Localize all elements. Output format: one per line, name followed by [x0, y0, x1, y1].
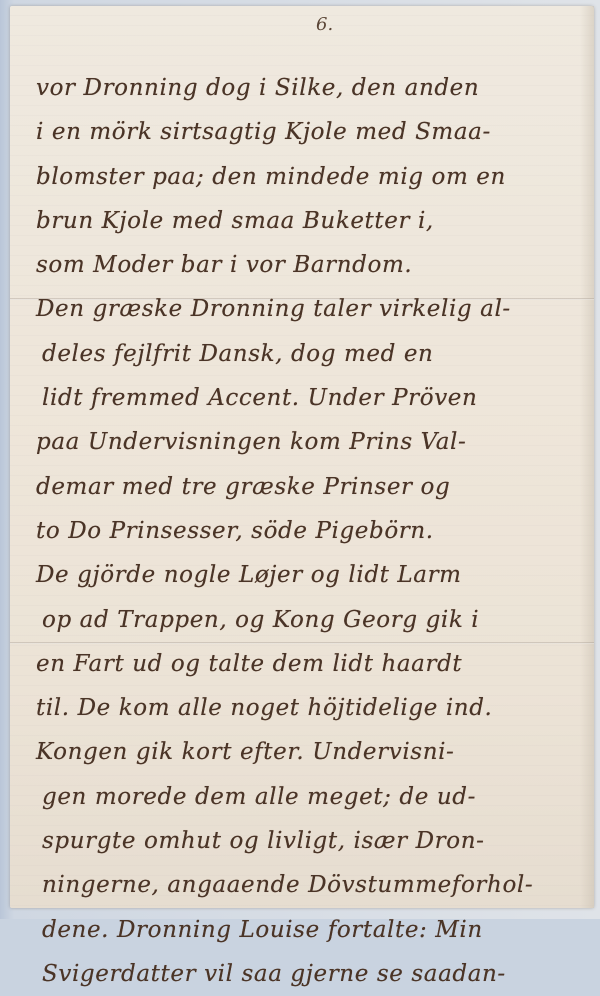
text-line: De gjörde nogle Løjer og lidt Larm: [36, 553, 596, 597]
text-line: i en mörk sirtsagtig Kjole med Smaa-: [36, 110, 596, 154]
handwritten-text: vor Dronning dog i Silke, den anden i en…: [36, 66, 596, 919]
text-line: paa Undervisningen kom Prins Val-: [36, 420, 596, 464]
text-line: deles fejlfrit Dansk, dog med en: [36, 332, 596, 376]
text-line: ningerne, angaaende Dövstummeforhol-: [36, 863, 596, 907]
text-line: brun Kjole med smaa Buketter i,: [36, 199, 596, 243]
page-number: 6.: [316, 14, 333, 35]
text-line: lidt fremmed Accent. Under Pröven: [36, 376, 596, 420]
text-line: til. De kom alle noget höjtidelige ind.: [36, 686, 596, 730]
text-line: spurgte omhut og livligt, især Dron-: [36, 819, 596, 863]
text-line: op ad Trappen, og Kong Georg gik i: [36, 598, 596, 642]
text-line: to Do Prinsesser, söde Pigebörn.: [36, 509, 596, 553]
text-line: som Moder bar i vor Barndom.: [36, 243, 596, 287]
text-line: Den græske Dronning taler virkelig al-: [36, 287, 596, 331]
text-line: vor Dronning dog i Silke, den anden: [36, 66, 596, 110]
text-line: en Fart ud og talte dem lidt haardt: [36, 642, 596, 686]
text-line: demar med tre græske Prinser og: [36, 465, 596, 509]
text-line: blomster paa; den mindede mig om en: [36, 155, 596, 199]
text-line: dene. Dronning Louise fortalte: Min: [36, 908, 596, 919]
manuscript-page: 6. vor Dronning dog i Silke, den anden i…: [10, 6, 594, 908]
text-line: Kongen gik kort efter. Undervisni-: [36, 730, 596, 774]
text-line: gen morede dem alle meget; de ud-: [36, 775, 596, 819]
